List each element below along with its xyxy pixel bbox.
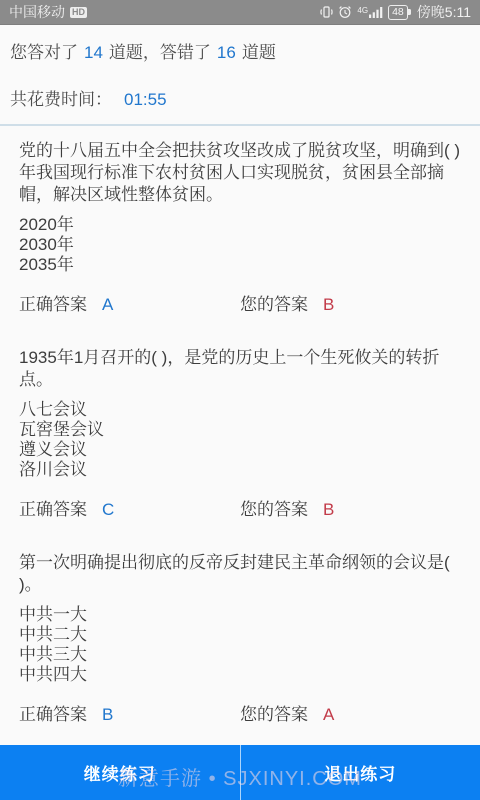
your-answer-label: 您的答案 [240,500,308,520]
exit-practice-button[interactable]: 退出练习 [241,745,480,800]
correct-answer-label: 正确答案 [19,500,87,520]
time-summary: 共花费时间：01:55 [10,89,470,110]
your-answer-label: 您的答案 [240,295,308,315]
alarm-icon [338,5,352,19]
status-time: 傍晚5:11 [417,2,471,22]
your-answer-value: A [323,705,334,725]
question-text: 党的十八届五中全会把扶贫攻坚改成了脱贫攻坚，明确到( )年我国现行标准下农村贫困… [19,140,470,206]
options-list: 2020年2030年2035年 [19,215,470,275]
correct-answer-label: 正确答案 [19,295,87,315]
battery-level: 48 [392,6,404,18]
option-item: 瓦窖堡会议 [19,420,470,440]
your-answer-value: B [323,500,334,520]
after-label: 道题 [242,43,276,62]
footer-bar: 继续练习 退出练习 [0,745,480,800]
status-bar-right: 4G 48 傍晚5:11 [320,2,471,22]
correct-answer-group: 正确答案 B [19,705,240,725]
correct-answer-value: C [102,500,114,520]
your-answer-group: 您的答案 B [240,295,334,315]
option-item: 中共三大 [19,645,470,665]
vibrate-icon [320,5,333,19]
signal-4g-icon: 4G [357,6,383,18]
status-bar-left: 中国移动 HD [9,2,87,22]
option-item: 八七会议 [19,400,470,420]
option-item: 洛川会议 [19,460,470,480]
your-answer-group: 您的答案 A [240,705,334,725]
correct-count: 14 [84,43,103,62]
result-summary-section: 您答对了14道题，答错了16道题 共花费时间：01:55 [0,25,480,126]
options-list: 八七会议瓦窖堡会议遵义会议洛川会议 [19,400,470,480]
correct-answer-value: B [102,705,113,725]
question-block: 第一次明确提出彻底的反帝反封建民主革命纲领的会议是( )。 中共一大中共二大中共… [19,552,470,725]
option-item: 遵义会议 [19,440,470,460]
correct-answer-group: 正确答案 C [19,500,240,520]
options-list: 中共一大中共二大中共三大中共四大 [19,605,470,685]
your-answer-value: B [323,295,334,315]
hd-badge: HD [70,7,87,18]
option-item: 2035年 [19,255,470,275]
correct-answer-value: A [102,295,113,315]
battery-icon: 48 [388,5,408,20]
answers-row: 正确答案 B 您的答案 A [19,705,470,725]
correct-answer-group: 正确答案 A [19,295,240,315]
question-block: 党的十八届五中全会把扶贫攻坚改成了脱贫攻坚，明确到( )年我国现行标准下农村贫困… [19,140,470,315]
correct-prefix-label: 您答对了 [10,43,78,62]
your-answer-group: 您的答案 B [240,500,334,520]
question-block: 1935年1月召开的( )，是党的历史上一个生死攸关的转折点。 八七会议瓦窖堡会… [19,347,470,520]
option-item: 中共二大 [19,625,470,645]
option-item: 中共一大 [19,605,470,625]
wrong-count: 16 [217,43,236,62]
score-summary: 您答对了14道题，答错了16道题 [10,42,470,63]
option-item: 2030年 [19,235,470,255]
carrier-label: 中国移动 [9,2,65,22]
answers-row: 正确答案 A 您的答案 B [19,295,470,315]
correct-answer-label: 正确答案 [19,705,87,725]
option-item: 2020年 [19,215,470,235]
answers-row: 正确答案 C 您的答案 B [19,500,470,520]
question-text: 第一次明确提出彻底的反帝反封建民主革命纲领的会议是( )。 [19,552,470,596]
continue-practice-button[interactable]: 继续练习 [0,745,240,800]
time-value: 01:55 [124,90,167,109]
option-item: 中共四大 [19,665,470,685]
time-label: 共花费时间： [10,90,112,109]
network-type-label: 4G [357,7,368,15]
your-answer-label: 您的答案 [240,705,308,725]
status-bar: 中国移动 HD 4G 48 [0,0,480,25]
between-label: 道题，答错了 [109,43,211,62]
questions-list: 党的十八届五中全会把扶贫攻坚改成了脱贫攻坚，明确到( )年我国现行标准下农村贫困… [0,140,480,725]
question-text: 1935年1月召开的( )，是党的历史上一个生死攸关的转折点。 [19,347,470,391]
